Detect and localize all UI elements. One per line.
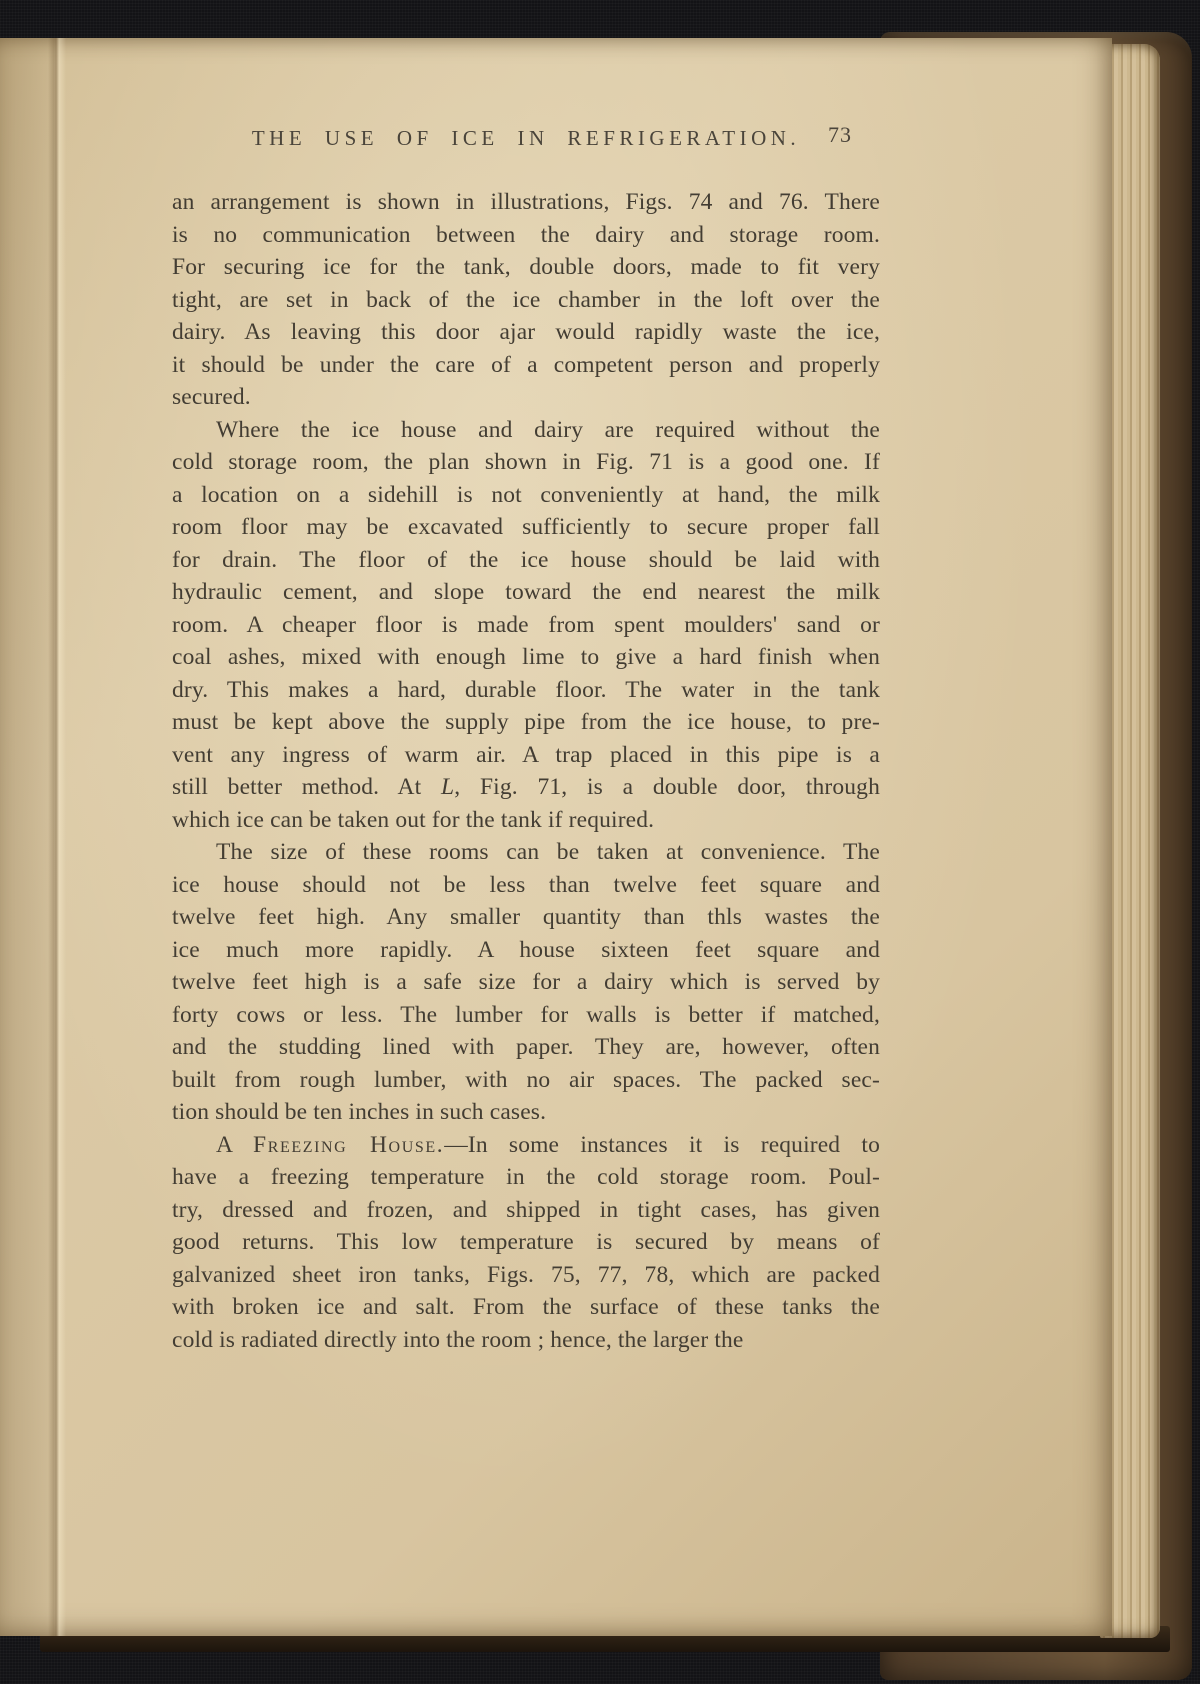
text-segment: L: [441, 774, 454, 800]
text-segment: A: [216, 1132, 253, 1158]
text-line: cold is radiated directly into the room …: [172, 1324, 880, 1357]
running-title: THE USE OF ICE IN REFRIGERATION.: [172, 126, 880, 151]
text-line: forty cows or less. The lumber for walls…: [172, 999, 880, 1032]
text-line: dry. This makes a hard, durable floor. T…: [172, 674, 880, 707]
text-segment: and the studding lined with paper. They …: [172, 1034, 880, 1060]
text-line: dairy. As leaving this door ajar would r…: [172, 316, 880, 349]
text-segment: a location on a sidehill is not convenie…: [172, 482, 880, 508]
text-line: still better method. At L, Fig. 71, is a…: [172, 771, 880, 804]
gutter-crease: [48, 38, 66, 1636]
text-segment: still better method. At: [172, 774, 441, 800]
text-segment: Where the ice house and dairy are requir…: [216, 417, 880, 443]
page-number: 73: [828, 122, 852, 148]
text-segment: an arrangement is shown in illustrations…: [172, 189, 880, 215]
text-segment: it should be under the care of a compete…: [172, 352, 880, 378]
page-body: an arrangement is shown in illustrations…: [172, 186, 880, 1356]
page-header: THE USE OF ICE IN REFRIGERATION. 73: [172, 126, 880, 160]
text-line: cold storage room, the plan shown in Fig…: [172, 446, 880, 479]
text-segment: ice much more rapidly. A house sixteen f…: [172, 937, 880, 963]
text-segment: forty cows or less. The lumber for walls…: [172, 1002, 880, 1028]
text-segment: galvanized sheet iron tanks, Figs. 75, 7…: [172, 1262, 880, 1288]
book-page: THE USE OF ICE IN REFRIGERATION. 73 an a…: [0, 38, 1112, 1636]
text-segment: tight, are set in back of the ice chambe…: [172, 287, 880, 313]
text-segment: twelve feet high. Any smaller quantity t…: [172, 904, 880, 930]
text-segment: which ice can be taken out for the tank …: [172, 807, 654, 833]
text-line: try, dressed and frozen, and shipped in …: [172, 1194, 880, 1227]
text-segment: cold storage room, the plan shown in Fig…: [172, 449, 880, 475]
gutter-shadow: [0, 38, 54, 1636]
text-line: room floor may be excavated sufficiently…: [172, 511, 880, 544]
text-line: good returns. This low temperature is se…: [172, 1226, 880, 1259]
text-line: twelve feet high is a safe size for a da…: [172, 966, 880, 999]
text-segment: twelve feet high is a safe size for a da…: [172, 969, 880, 995]
text-line: secured.: [172, 381, 880, 414]
text-line: A Freezing House.—In some instances it i…: [172, 1129, 880, 1162]
text-line: have a freezing temperature in the cold …: [172, 1161, 880, 1194]
text-line: and the studding lined with paper. They …: [172, 1031, 880, 1064]
text-line: ice house should not be less than twelve…: [172, 869, 880, 902]
text-line: For securing ice for the tank, double do…: [172, 251, 880, 284]
text-line: is no communication between the dairy an…: [172, 219, 880, 252]
text-segment: for drain. The floor of the ice house sh…: [172, 547, 880, 573]
text-segment: room floor may be excavated sufficiently…: [172, 514, 880, 540]
text-line: built from rough lumber, with no air spa…: [172, 1064, 880, 1097]
text-line: hydraulic cement, and slope toward the e…: [172, 576, 880, 609]
text-segment: The size of these rooms can be taken at …: [216, 839, 880, 865]
page-content: THE USE OF ICE IN REFRIGERATION. 73 an a…: [172, 38, 880, 1636]
text-line: must be kept above the supply pipe from …: [172, 706, 880, 739]
text-segment: dry. This makes a hard, durable floor. T…: [172, 677, 880, 703]
text-segment: For securing ice for the tank, double do…: [172, 254, 880, 280]
paragraph: A Freezing House.—In some instances it i…: [172, 1129, 880, 1357]
text-line: tight, are set in back of the ice chambe…: [172, 284, 880, 317]
text-segment: vent any ingress of warm air. A trap pla…: [172, 742, 880, 768]
text-line: an arrangement is shown in illustrations…: [172, 186, 880, 219]
small-caps-heading: Freezing House.: [253, 1132, 444, 1158]
text-segment: is no communication between the dairy an…: [172, 222, 880, 248]
text-segment: —In some instances it is required to: [444, 1132, 880, 1158]
text-line: it should be under the care of a compete…: [172, 349, 880, 382]
text-segment: good returns. This low temperature is se…: [172, 1229, 880, 1255]
text-line: vent any ingress of warm air. A trap pla…: [172, 739, 880, 772]
text-segment: cold is radiated directly into the room …: [172, 1327, 744, 1353]
text-segment: built from rough lumber, with no air spa…: [172, 1067, 880, 1093]
text-segment: ice house should not be less than twelve…: [172, 872, 880, 898]
text-line: galvanized sheet iron tanks, Figs. 75, 7…: [172, 1259, 880, 1292]
text-segment: must be kept above the supply pipe from …: [172, 709, 880, 735]
text-segment: hydraulic cement, and slope toward the e…: [172, 579, 880, 605]
text-line: The size of these rooms can be taken at …: [172, 836, 880, 869]
text-segment: secured.: [172, 384, 251, 410]
book-photo: THE USE OF ICE IN REFRIGERATION. 73 an a…: [0, 0, 1200, 1684]
paragraph: an arrangement is shown in illustrations…: [172, 186, 880, 414]
text-line: Where the ice house and dairy are requir…: [172, 414, 880, 447]
text-line: tion should be ten inches in such cases.: [172, 1096, 880, 1129]
text-line: room. A cheaper floor is made from spent…: [172, 609, 880, 642]
text-segment: try, dressed and frozen, and shipped in …: [172, 1197, 880, 1223]
text-line: with broken ice and salt. From the surfa…: [172, 1291, 880, 1324]
text-segment: room. A cheaper floor is made from spent…: [172, 612, 880, 638]
paragraph: Where the ice house and dairy are requir…: [172, 414, 880, 837]
paragraph: The size of these rooms can be taken at …: [172, 836, 880, 1129]
text-segment: with broken ice and salt. From the surfa…: [172, 1294, 880, 1320]
text-segment: have a freezing temperature in the cold …: [172, 1164, 880, 1190]
text-segment: coal ashes, mixed with enough lime to gi…: [172, 644, 880, 670]
text-line: ice much more rapidly. A house sixteen f…: [172, 934, 880, 967]
text-segment: tion should be ten inches in such cases.: [172, 1099, 546, 1125]
text-line: coal ashes, mixed with enough lime to gi…: [172, 641, 880, 674]
text-line: which ice can be taken out for the tank …: [172, 804, 880, 837]
text-segment: dairy. As leaving this door ajar would r…: [172, 319, 880, 345]
text-line: twelve feet high. Any smaller quantity t…: [172, 901, 880, 934]
text-line: for drain. The floor of the ice house sh…: [172, 544, 880, 577]
text-segment: , Fig. 71, is a double door, through: [454, 774, 880, 800]
text-line: a location on a sidehill is not convenie…: [172, 479, 880, 512]
